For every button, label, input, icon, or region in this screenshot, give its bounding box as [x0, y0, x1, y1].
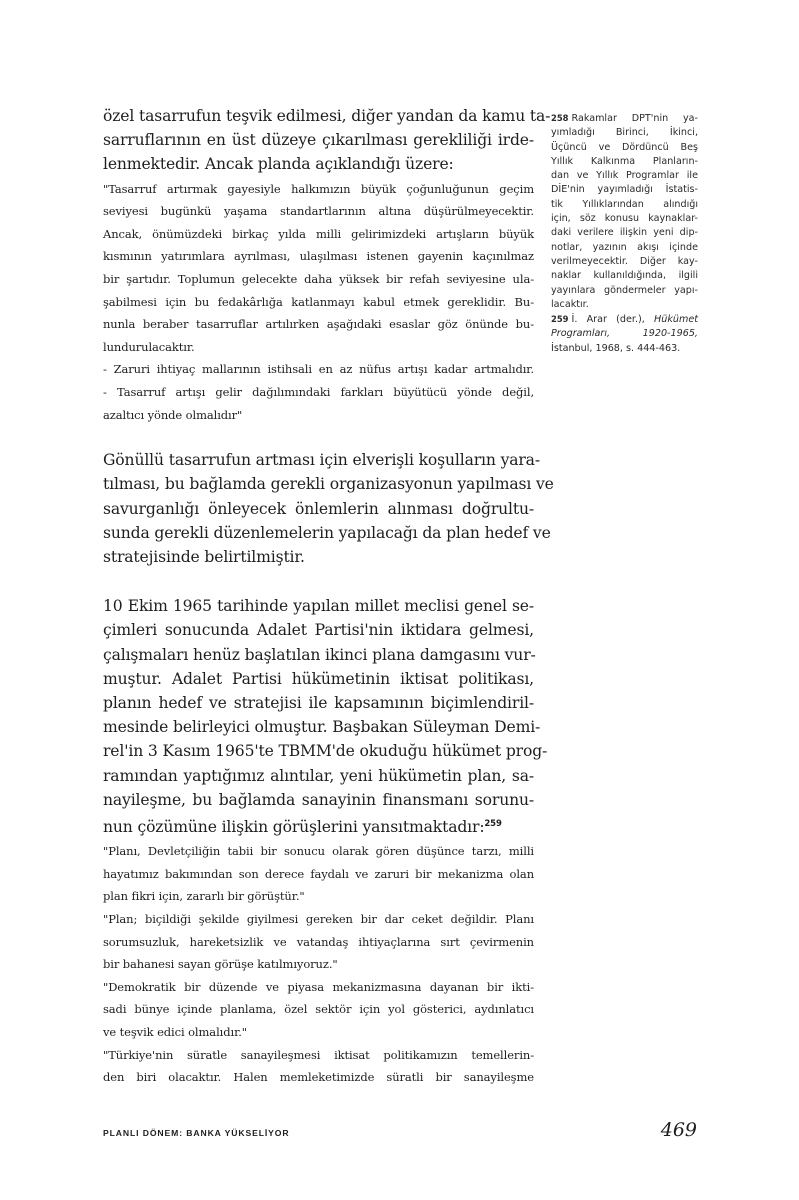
quote-line: "Tasarruf artırmak gayesiyle halkımızın … — [103, 178, 534, 201]
quote-line: bir bahanesi sayan görüşe katılmıyoruz." — [103, 953, 534, 976]
footnote-line: Programları, 1920-1965, — [551, 327, 698, 341]
quote-line: ve teşvik edici olmalıdır." — [103, 1021, 534, 1044]
voluntary-savings-paragraph: Gönüllü tasarrufun artması için elverişl… — [103, 448, 534, 569]
text-line: lenmektedir. Ancak planda açıklandığı üz… — [103, 152, 534, 176]
footnote-number: 259 — [551, 314, 568, 324]
intro-paragraph: özel tasarrufun teşvik edilmesi, diğer y… — [103, 104, 534, 177]
quote-line: plan fikri için, zararlı bir görüştür." — [103, 885, 534, 908]
footnote-line: yayınlara göndermeler yapı- — [551, 284, 698, 298]
quote-line: "Planı, Devletçiliğin tabii bir sonucu o… — [103, 840, 534, 863]
quote-line: "Demokratik bir düzende ve piyasa mekani… — [103, 976, 534, 999]
quote-line: hayatımız bakımından son derece faydalı … — [103, 863, 534, 886]
footnote-line: yımladığı Birinci, İkinci, — [551, 126, 698, 140]
footnote-line: verilmeyecektir. Diğer kay- — [551, 255, 698, 269]
election-paragraph: 10 Ekim 1965 tarihinde yapılan millet me… — [103, 594, 534, 839]
footnote-line: lacaktır. — [551, 298, 698, 312]
main-column: özel tasarrufun teşvik edilmesi, diğer y… — [103, 104, 534, 1089]
text-line: tılması, bu bağlamda gerekli organizasyo… — [103, 472, 534, 496]
footnote-title: Programları, 1920-1965, — [551, 328, 698, 339]
footnote-line: Üçüncü ve Dördüncü Beş — [551, 141, 698, 155]
text-line: muştur. Adalet Partisi hükümetinin iktis… — [103, 667, 534, 691]
footnote-line: dan ve Yıllık Programlar ile — [551, 169, 698, 183]
page-number: 469 — [661, 1119, 697, 1141]
quote-line: den biri olacaktır. Halen memleketimizde… — [103, 1066, 534, 1089]
text-line: nun çözümüne ilişkin görüşlerini yansıtm… — [103, 812, 534, 839]
text-line: ramından yaptığımız alıntılar, yeni hükü… — [103, 764, 534, 788]
quote-line: lundurulacaktır. — [103, 336, 534, 359]
text-line: sarruflarının en üst düzeye çıkarılması … — [103, 128, 534, 152]
running-title: PLANLI DÖNEM: BANKA YÜKSELİYOR — [103, 1128, 289, 1138]
quote-line: Ancak, önümüzdeki birkaç yılda milli gel… — [103, 223, 534, 246]
text-line: mesinde belirleyici olmuştur. Başbakan S… — [103, 715, 534, 739]
footnotes-sidebar: 258Rakamlar DPT'nin ya- yımladığı Birinc… — [551, 111, 698, 356]
text-line-content: nun çözümüne ilişkin görüşlerini yansıtm… — [103, 818, 484, 836]
footnote-258: 258Rakamlar DPT'nin ya- yımladığı Birinc… — [551, 111, 698, 312]
quote-line: bir şartıdır. Toplumun gelecekte daha yü… — [103, 268, 534, 291]
quote-line: şabilmesi için bu fedakârlığa katlanmayı… — [103, 291, 534, 314]
quote-line: - Zaruri ihtiyaç mallarının istihsali en… — [103, 358, 534, 381]
footnote-line: 258Rakamlar DPT'nin ya- — [551, 111, 698, 126]
text-line: çimleri sonucunda Adalet Partisi'nin ikt… — [103, 618, 534, 642]
quote-line: nunla beraber tasarruflar artılırken aşa… — [103, 313, 534, 336]
text-line: rel'in 3 Kasım 1965'te TBMM'de okuduğu h… — [103, 739, 534, 763]
footnote-line: İstanbul, 1968, s. 444-463. — [551, 342, 698, 356]
footnote-line: 259İ. Arar (der.), Hükümet — [551, 312, 698, 327]
quote-line: "Plan; biçildiği şekilde giyilmesi gerek… — [103, 908, 534, 931]
footnote-line: Yıllık Kalkınma Planların- — [551, 155, 698, 169]
quote-line: seviyesi bugünkü yaşama standartlarının … — [103, 200, 534, 223]
footnote-line: notlar, yazının akışı içinde — [551, 241, 698, 255]
text-line: çalışmaları henüz başlatılan ikinci plan… — [103, 643, 534, 667]
plan-quote: "Tasarruf artırmak gayesiyle halkımızın … — [103, 178, 534, 427]
text-line: özel tasarrufun teşvik edilmesi, diğer y… — [103, 104, 534, 128]
government-program-quotes: "Planı, Devletçiliğin tabii bir sonucu o… — [103, 840, 534, 1089]
text-line: 10 Ekim 1965 tarihinde yapılan millet me… — [103, 594, 534, 618]
quote-line: "Türkiye'nin süratle sanayileşmesi iktis… — [103, 1044, 534, 1067]
footnote-line: DİE'nin yayımladığı İstatis- — [551, 183, 698, 197]
footnote-line: için, söz konusu kaynaklar- — [551, 212, 698, 226]
footnote-ref-259[interactable]: 259 — [484, 819, 501, 829]
quote-line: azaltıcı yönde olmalıdır" — [103, 404, 534, 427]
footnote-259: 259İ. Arar (der.), Hükümet Programları, … — [551, 312, 698, 356]
text-line: stratejisinde belirtilmiştir. — [103, 545, 534, 569]
quote-line: sadi bünye içinde planlama, özel sektör … — [103, 998, 534, 1021]
footnote-line: daki verilere ilişkin yeni dip- — [551, 226, 698, 240]
footnote-line: tik Yıllıklarından alındığı — [551, 198, 698, 212]
text-line: nayileşme, bu bağlamda sanayinin finansm… — [103, 788, 534, 812]
footnote-line: naklar kullanıldığında, ilgili — [551, 269, 698, 283]
text-line: planın hedef ve stratejisi ile kapsamını… — [103, 691, 534, 715]
footnote-title: Hükümet — [654, 314, 698, 325]
quote-line: kısmının yatırımlara ayrılması, ulaşılma… — [103, 245, 534, 268]
footnote-text: Rakamlar DPT'nin ya- — [571, 113, 698, 124]
footnote-author: İ. Arar (der.), — [571, 314, 644, 325]
text-line: sunda gerekli düzenlemelerin yapılacağı … — [103, 521, 534, 545]
text-line: savurganlığı önleyecek önlemlerin alınma… — [103, 497, 534, 521]
quote-line: sorumsuzluk, hareketsizlik ve vatandaş i… — [103, 931, 534, 954]
text-line: Gönüllü tasarrufun artması için elverişl… — [103, 448, 534, 472]
footnote-number: 258 — [551, 113, 568, 123]
quote-line: - Tasarruf artışı gelir dağılımındaki fa… — [103, 381, 534, 404]
